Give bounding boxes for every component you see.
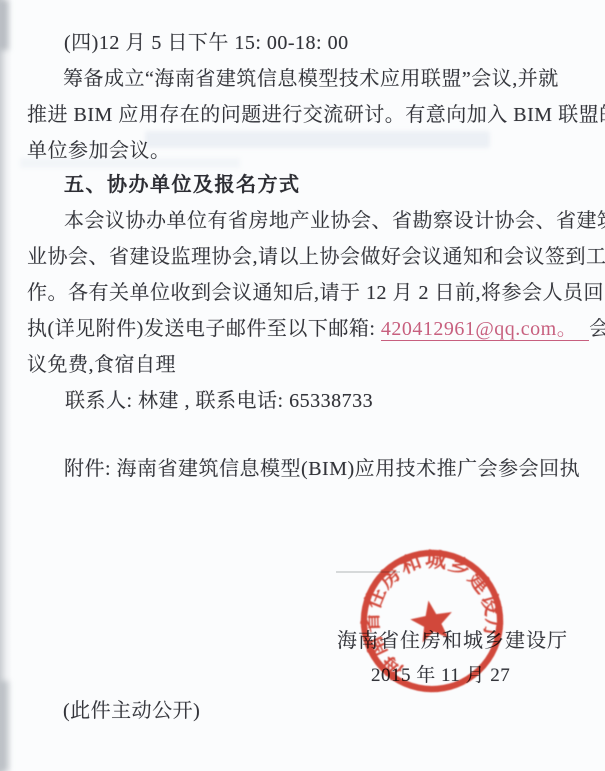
official-seal: 海南省住房和城乡建设厅 — [342, 535, 521, 708]
scan-edge-shadow — [0, 0, 12, 771]
paragraph-line: 作。各有关单位收到会议通知后,请于 12 月 2 日前,将参会人员回 — [27, 282, 604, 304]
section-heading: 五、协办单位及报名方式 — [64, 174, 301, 196]
email-link[interactable]: 420412961@qq.com。 — [381, 318, 589, 341]
email-line: 执(详见附件)发送电子邮件至以下邮箱: 420412961@qq.com。会 — [27, 318, 605, 340]
star-icon — [408, 597, 457, 644]
paragraph-line: 业协会、省建设监理协会,请以上协会做好会议通知和会议签到工 — [27, 246, 605, 268]
contact-line: 联系人: 林建 , 联系电话: 65338733 — [65, 390, 373, 412]
scan-ghost-text-artifact — [145, 131, 490, 148]
email-line-suffix: 会 — [589, 318, 605, 340]
paragraph-line: 本会议协办单位有省房地产业协会、省勘察设计协会、省建筑 — [64, 210, 605, 232]
paragraph-line: 筹备成立“海南省建筑信息模型技术应用联盟”会议,并就 — [63, 68, 559, 90]
attachment-line: 附件: 海南省建筑信息模型(BIM)应用技术推广会参会回执 — [64, 458, 580, 480]
disclosure-note: (此件主动公开) — [63, 700, 200, 722]
email-line-prefix: 执(详见附件)发送电子邮件至以下邮箱: — [27, 318, 381, 340]
document-page: (四)12 月 5 日下午 15: 00-18: 00 筹备成立“海南省建筑信息… — [0, 0, 605, 771]
paragraph-line: 单位参加会议。 — [27, 140, 171, 162]
paragraph-line: 议免费,食宿自理 — [27, 354, 176, 376]
schedule-line: (四)12 月 5 日下午 15: 00-18: 00 — [64, 32, 349, 54]
paragraph-line: 推进 BIM 应用存在的问题进行交流研讨。有意向加入 BIM 联盟的 — [27, 104, 605, 126]
